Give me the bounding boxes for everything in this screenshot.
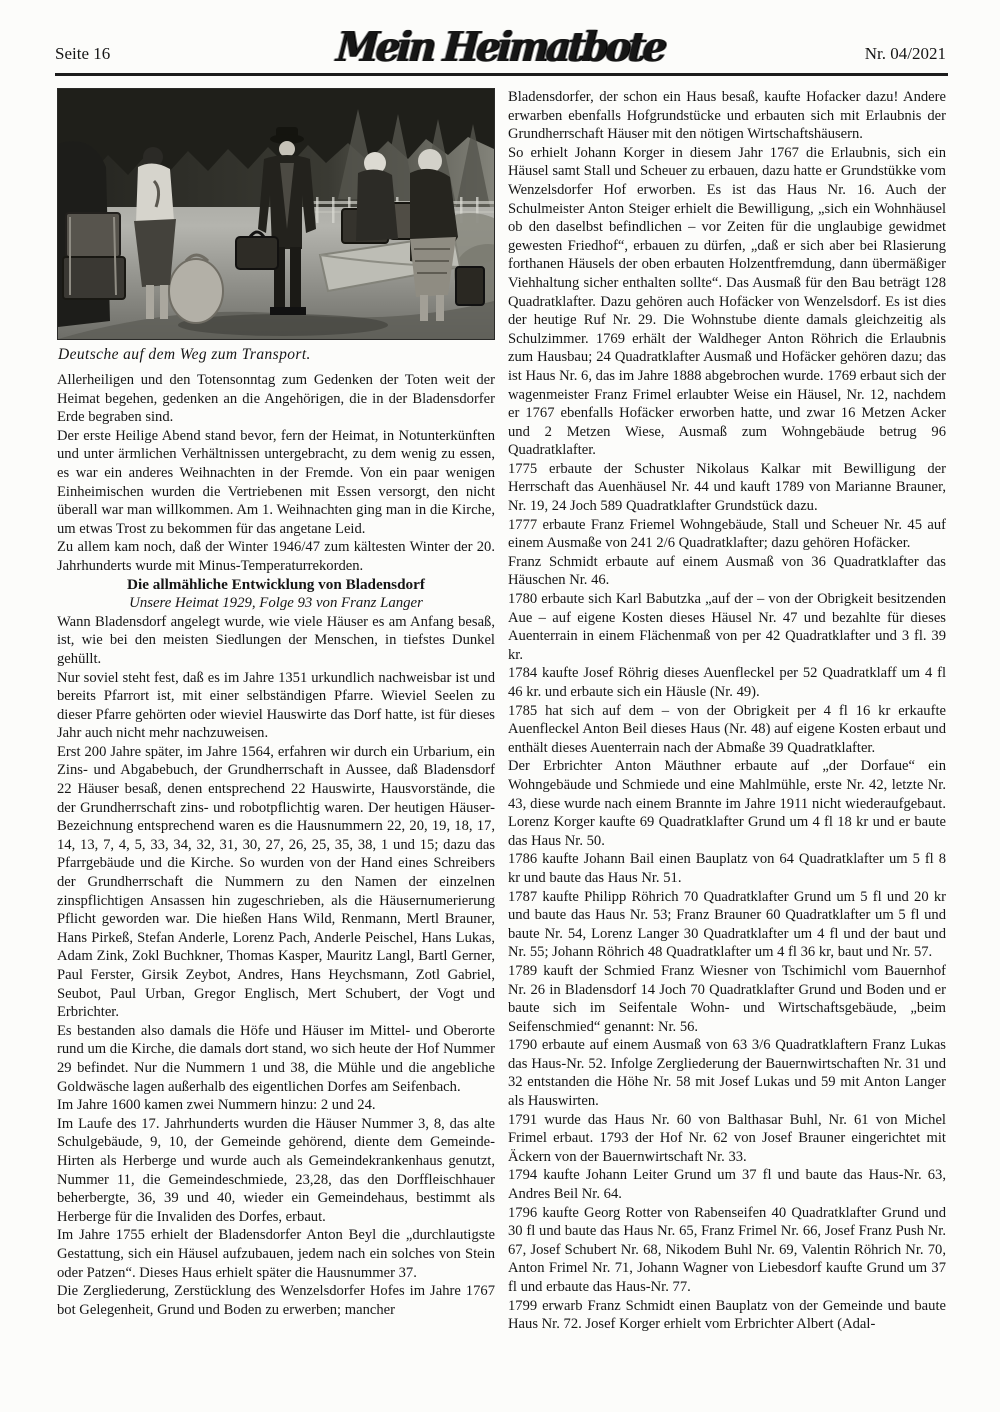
article-photo-figure: Deutsche auf dem Weg zum Transport. bbox=[57, 88, 495, 364]
article-paragraph: Allerheiligen und den Totensonntag zum G… bbox=[57, 371, 495, 427]
article-paragraph: 1799 erwarb Franz Schmidt einen Bauplatz… bbox=[508, 1297, 946, 1334]
article-paragraph: Franz Schmidt erbaute auf einem Ausmaß v… bbox=[508, 553, 946, 590]
article-heading: Die allmähliche Entwicklung von Bladensd… bbox=[57, 576, 495, 595]
newspaper-page: Seite 16 Mein Heimatbote Nr. 04/2021 bbox=[0, 0, 1000, 1412]
article-paragraph: 1786 kaufte Johann Bail einen Bauplatz v… bbox=[508, 850, 946, 887]
issue-number-label: Nr. 04/2021 bbox=[865, 44, 946, 64]
left-column: Deutsche auf dem Weg zum Transport. Alle… bbox=[57, 88, 495, 1402]
article-paragraph: So erhielt Johann Korger in diesem Jahr … bbox=[508, 144, 946, 460]
article-paragraph: 1789 kauft der Schmied Franz Wiesner von… bbox=[508, 962, 946, 1036]
article-paragraph: 1784 kaufte Josef Röhrig dieses Auenflec… bbox=[508, 664, 946, 701]
article-paragraph: Zu allem kam noch, daß der Winter 1946/4… bbox=[57, 538, 495, 575]
refugees-photo bbox=[57, 88, 495, 340]
article-paragraph: Der Erbrichter Anton Mäuthner erbaute au… bbox=[508, 757, 946, 850]
article-subheading: Unsere Heimat 1929, Folge 93 von Franz L… bbox=[57, 594, 495, 613]
article-paragraph: 1785 hat sich auf dem – von der Obrigkei… bbox=[508, 702, 946, 758]
article-paragraph: Im Jahre 1600 kamen zwei Nummern hinzu: … bbox=[57, 1096, 495, 1115]
article-paragraph: 1787 kaufte Philipp Röhrich 70 Quadratkl… bbox=[508, 888, 946, 962]
article-content: Deutsche auf dem Weg zum Transport. Alle… bbox=[57, 88, 947, 1402]
article-paragraph: Im Laufe des 17. Jahrhunderts wurden die… bbox=[57, 1115, 495, 1227]
left-column-text: Allerheiligen und den Totensonntag zum G… bbox=[57, 371, 495, 1319]
photo-caption: Deutsche auf dem Weg zum Transport. bbox=[58, 345, 495, 364]
article-paragraph: Der erste Heilige Abend stand bevor, fer… bbox=[57, 427, 495, 539]
header-rule bbox=[55, 73, 948, 76]
article-paragraph: Erst 200 Jahre später, im Jahre 1564, er… bbox=[57, 743, 495, 1022]
right-column-text: Bladensdorfer, der schon ein Haus besaß,… bbox=[508, 88, 946, 1334]
article-paragraph: Es bestanden also damals die Höfe und Hä… bbox=[57, 1022, 495, 1096]
article-paragraph: 1777 erbaute Franz Friemel Wohngebäude, … bbox=[508, 516, 946, 553]
article-paragraph: 1775 erbaute der Schuster Nikolaus Kalka… bbox=[508, 460, 946, 516]
right-column: Bladensdorfer, der schon ein Haus besaß,… bbox=[508, 88, 946, 1402]
article-paragraph: 1794 kaufte Johann Leiter Grund um 37 fl… bbox=[508, 1166, 946, 1203]
article-paragraph: 1791 wurde das Haus Nr. 60 von Balthasar… bbox=[508, 1111, 946, 1167]
refugees-photo-illustration bbox=[58, 89, 494, 339]
article-paragraph: 1796 kaufte Georg Rotter von Rabenseifen… bbox=[508, 1204, 946, 1297]
article-paragraph: 1780 erbaute sich Karl Babutzka „auf der… bbox=[508, 590, 946, 664]
article-paragraph: Im Jahre 1755 erhielt der Bladensdorfer … bbox=[57, 1226, 495, 1282]
article-paragraph: Die Zergliederung, Zerstücklung des Wenz… bbox=[57, 1282, 495, 1319]
masthead-logo: Mein Heimatbote bbox=[0, 22, 1000, 71]
article-paragraph: 1790 erbaute auf einem Ausmaß von 63 3/6… bbox=[508, 1036, 946, 1110]
article-paragraph: Wann Bladensdorf angelegt wurde, wie vie… bbox=[57, 613, 495, 669]
article-paragraph: Nur soviel steht fest, daß es im Jahre 1… bbox=[57, 669, 495, 743]
article-paragraph: Bladensdorfer, der schon ein Haus besaß,… bbox=[508, 88, 946, 144]
